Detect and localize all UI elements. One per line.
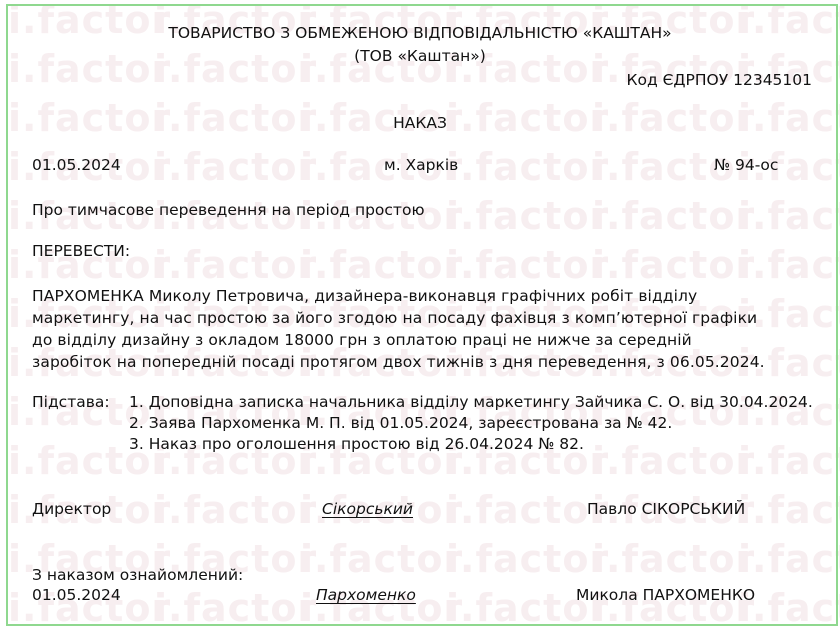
director-position: Директор — [32, 500, 111, 518]
body-line: до відділу дизайну з окладом 18000 грн з… — [32, 331, 692, 349]
organization-full-name: ТОВАРИСТВО З ОБМЕЖЕНОЮ ВІДПОВІДАЛЬНІСТЮ … — [0, 24, 840, 42]
order-city: м. Харків — [384, 156, 458, 174]
body-line: маркетингу, на час простою за його згодо… — [32, 309, 757, 327]
acknowledgement-date: 01.05.2024 — [32, 586, 121, 604]
employee-signature: Пархоменко — [316, 586, 416, 604]
basis-item: 2. Заява Пархоменка М. П. від 01.05.2024… — [129, 414, 672, 432]
body-line: ПАРХОМЕНКА Миколу Петровича, дизайнера-в… — [32, 287, 697, 305]
edrpou-code: Код ЄДРПОУ 12345101 — [626, 71, 812, 89]
director-signature: Сікорський — [322, 500, 413, 518]
basis-label: Підстава: — [32, 393, 110, 411]
order-document: ТОВАРИСТВО З ОБМЕЖЕНОЮ ВІДПОВІДАЛЬНІСТЮ … — [0, 0, 840, 629]
body-line: заробіток на попередній посаді протягом … — [32, 353, 765, 371]
basis-item: 3. Наказ про оголошення простою від 26.0… — [129, 435, 584, 453]
order-number: № 94-ос — [714, 156, 778, 174]
order-date: 01.05.2024 — [32, 156, 121, 174]
directive-heading: ПЕРЕВЕСТИ: — [32, 242, 130, 260]
organization-short-name: (ТОВ «Каштан») — [0, 47, 840, 65]
order-subject: Про тимчасове переведення на період прос… — [32, 201, 425, 219]
employee-name: Микола ПАРХОМЕНКО — [576, 586, 755, 604]
acknowledgement-label: З наказом ознайомлений: — [32, 566, 243, 584]
document-type-title: НАКАЗ — [0, 114, 840, 132]
director-name: Павло СІКОРСЬКИЙ — [587, 500, 745, 518]
basis-item: 1. Доповідна записка начальника відділу … — [129, 393, 813, 411]
